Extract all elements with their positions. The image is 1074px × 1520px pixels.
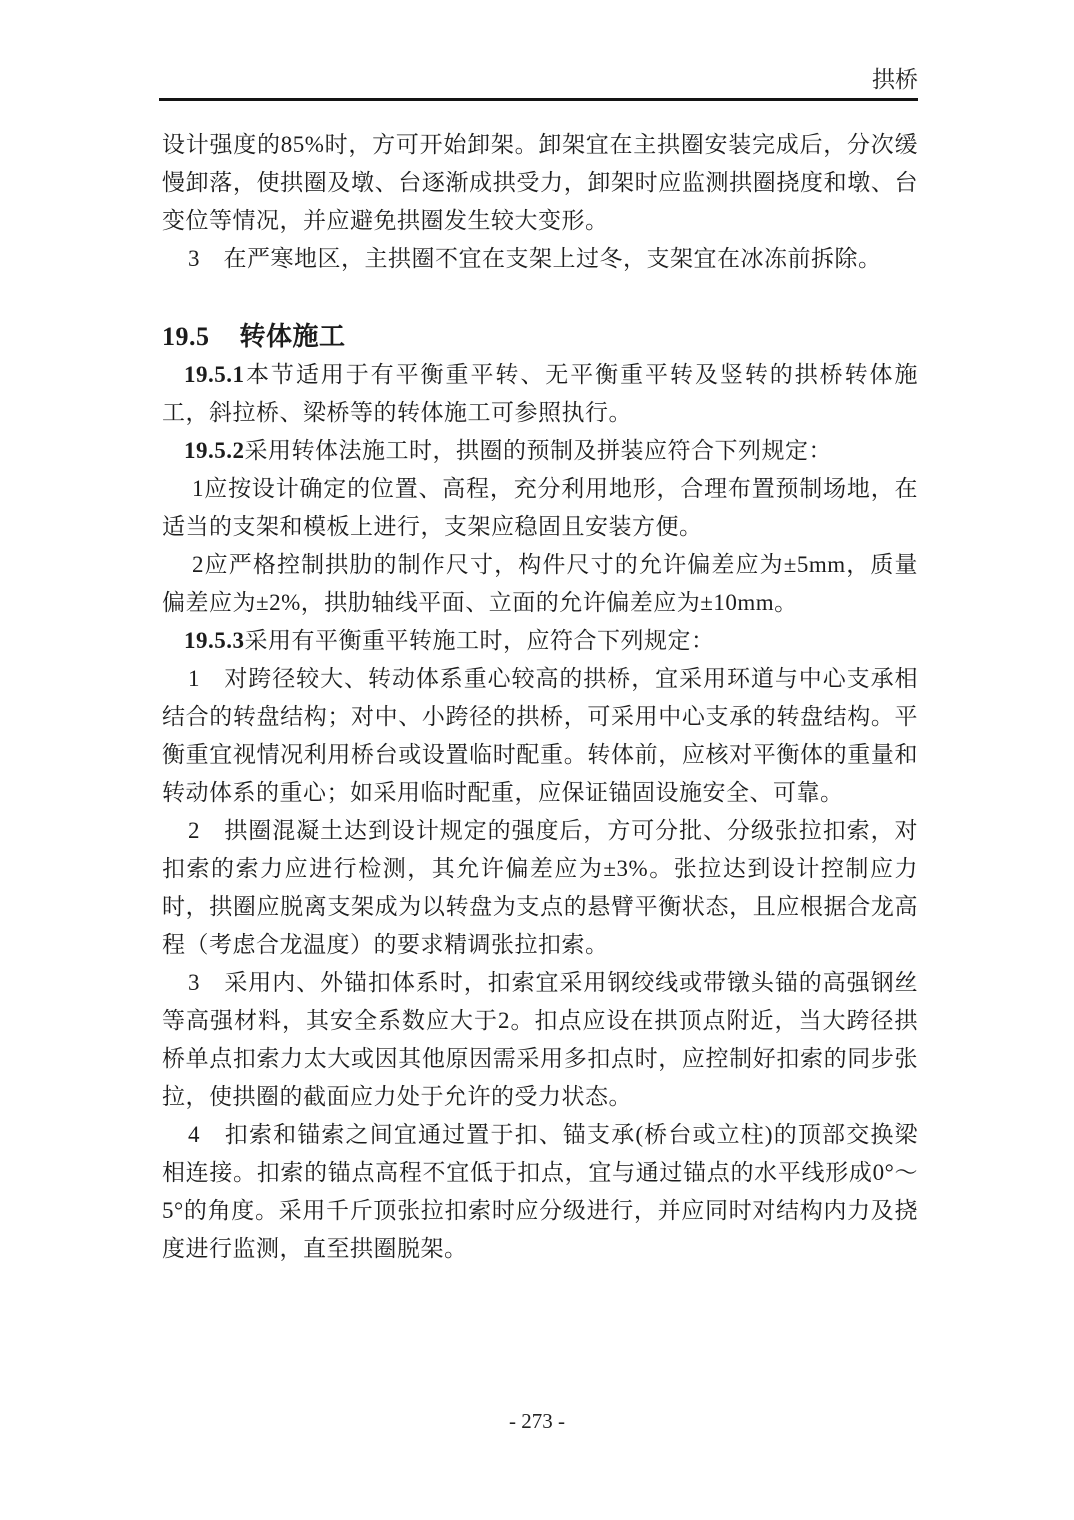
clause-19-5-2-item-2: 2应严格控制拱肋的制作尺寸，构件尺寸的允许偏差应为±5mm，质量偏差应为±2%，… [162,546,918,622]
clause-19-5-3-item-3: 3 采用内、外锚扣体系时，扣索宜采用钢绞线或带镦头锚的高强钢丝等高强材料，其安全… [162,964,918,1116]
clause-19-5-3: 19.5.3采用有平衡重平转施工时，应符合下列规定： [162,622,918,660]
clause-text: 采用有平衡重平转施工时，应符合下列规定： [245,628,715,653]
clause-19-5-3-item-4: 4 扣索和锚索之间宜通过置于扣、锚支承(桥台或立柱)的顶部交换梁相连接。扣索的锚… [162,1116,918,1268]
clause-19-5-3-item-2: 2 拱圈混凝土达到设计规定的强度后，方可分批、分级张拉扣索，对扣索的索力应进行检… [162,812,918,964]
page-body: 设计强度的85%时，方可开始卸架。卸架宜在主拱圈安装完成后，分次缓慢卸落，使拱圈… [162,126,918,1268]
section-heading: 19.5转体施工 [162,318,918,356]
clause-19-5-2-item-1: 1应按设计确定的位置、高程，充分利用地形，合理布置预制场地，在适当的支架和模板上… [162,470,918,546]
clause-19-5-3-item-1: 1 对跨径较大、转动体系重心较高的拱桥，宜采用环道与中心支承相结合的转盘结构；对… [162,660,918,812]
page-number: - 273 - [0,1408,1074,1434]
clause-19-5-2: 19.5.2采用转体法施工时，拱圈的预制及拼装应符合下列规定： [162,432,918,470]
paragraph-continuation: 设计强度的85%时，方可开始卸架。卸架宜在主拱圈安装完成后，分次缓慢卸落，使拱圈… [162,126,918,240]
running-header: 拱桥 [160,66,918,94]
clause-label: 19.5.3 [184,628,245,653]
clause-text: 采用转体法施工时，拱圈的预制及拼装应符合下列规定： [245,438,833,463]
section-number: 19.5 [162,322,210,351]
header-rule [159,98,918,101]
clause-label: 19.5.1 [184,362,245,387]
document-page: 拱桥 设计强度的85%时，方可开始卸架。卸架宜在主拱圈安装完成后，分次缓慢卸落，… [0,0,1074,1520]
clause-19-5-1: 19.5.1本节适用于有平衡重平转、无平衡重平转及竖转的拱桥转体施工，斜拉桥、梁… [162,356,918,432]
list-item-3: 3 在严寒地区，主拱圈不宜在支架上过冬，支架宜在冰冻前拆除。 [162,240,918,278]
clause-label: 19.5.2 [184,438,245,463]
section-title: 转体施工 [240,322,346,351]
clause-text: 本节适用于有平衡重平转、无平衡重平转及竖转的拱桥转体施工，斜拉桥、梁桥等的转体施… [162,362,918,425]
